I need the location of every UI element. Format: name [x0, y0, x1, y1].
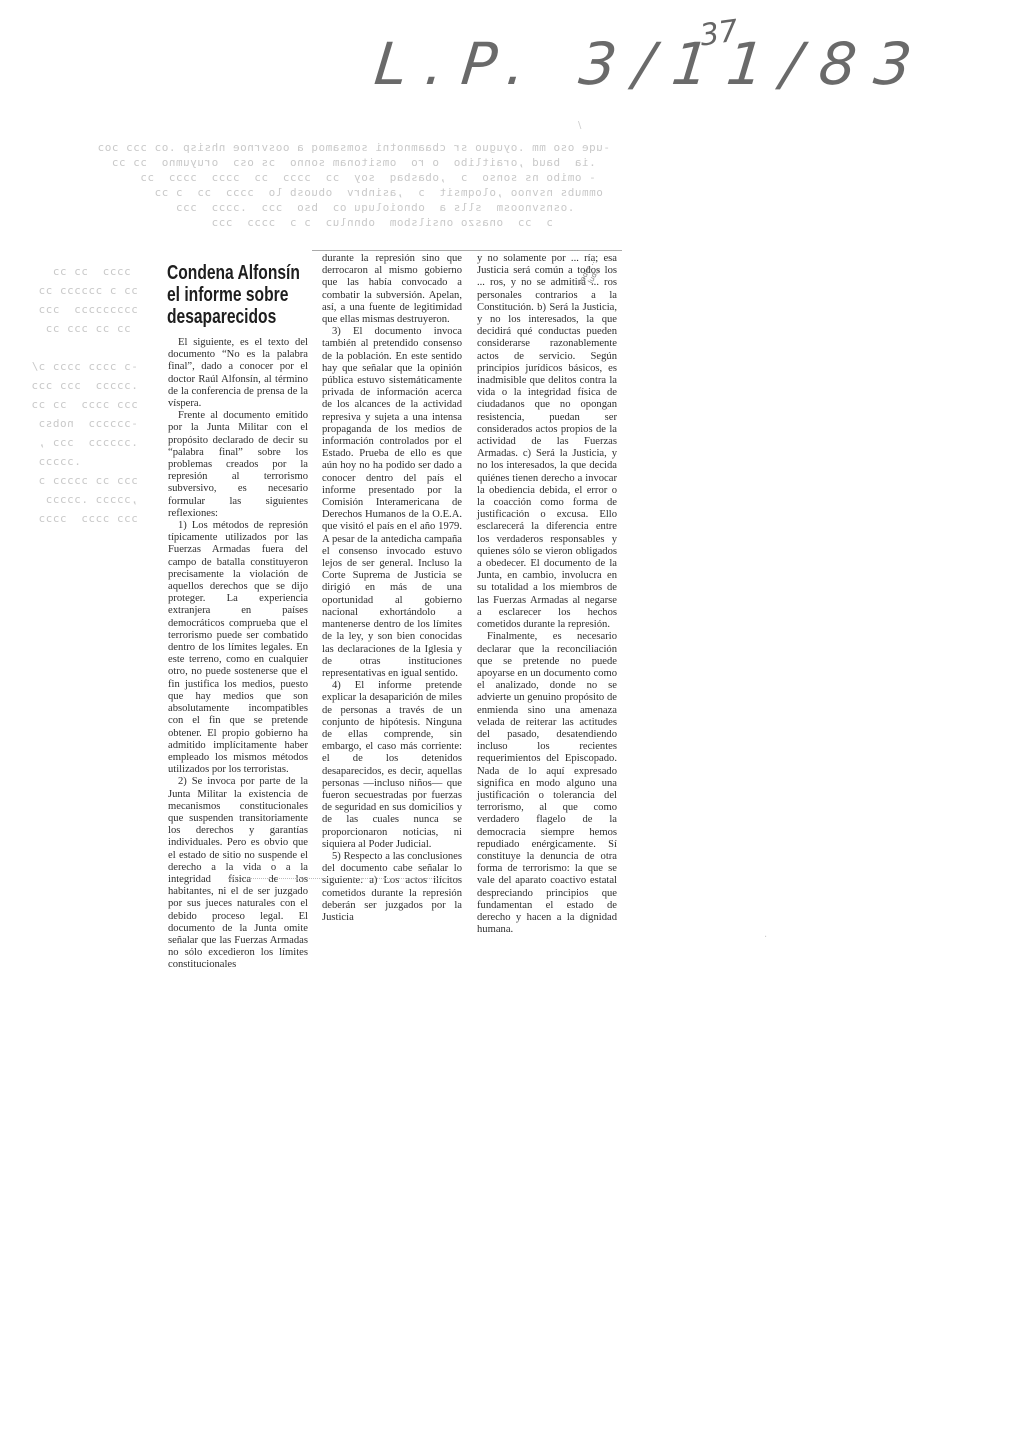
paragraph-point-5: 5) Respecto a las conclusiones del docum… [322, 851, 462, 924]
article-headline: Condena Alfonsín el informe sobre desapa… [167, 262, 276, 328]
clipping-edge [312, 250, 622, 251]
paragraph-point-2: 2) Se invoca por parte de la Junta Milit… [168, 776, 308, 971]
scan-mark: · [764, 932, 767, 943]
scan-mark: \ [578, 120, 581, 131]
handwritten-date-annotation: L.P. 3/11/83 [371, 30, 932, 98]
paragraph-frente: Frente al documento emitido por la Junta… [168, 410, 308, 520]
bleed-through-text-top: -uqe oso mm .oyuguo sr cbaamnotni somsam… [20, 140, 610, 230]
paragraph-point-3: 3) El documento invoca también al preten… [322, 326, 462, 680]
headline-line-3: desaparecidos [167, 306, 276, 328]
paragraph-point-5-continued: y no solamente por ... ría; esa Justicia… [477, 253, 617, 631]
bleed-through-text-left: ɔɔɔɔ ɔɔ ɔɔ ɔɔ ɔ ɔɔɔɔɔɔ ɔɔ ɔɔɔɔɔɔɔɔɔ ɔɔɔ … [10, 262, 145, 528]
headline-line-1: Condena Alfonsín [167, 262, 276, 284]
handwritten-page-number: 37 [698, 14, 741, 54]
article-column-3: y no solamente por ... ría; esa Justicia… [477, 253, 617, 936]
paragraph-point-1: 1) Los métodos de represión típicamente … [168, 520, 308, 776]
article-column-2: durante la represión sino que derrocaron… [322, 253, 462, 924]
paragraph-conclusion: Finalmente, es necesario declarar que la… [477, 631, 617, 936]
article-column-1: El siguiente, es el texto del documento … [168, 337, 308, 972]
headline-line-2: el informe sobre [167, 284, 276, 306]
paragraph-continuation: durante la represión sino que derrocaron… [322, 253, 462, 326]
paragraph-point-4: 4) El informe pretende explicar la desap… [322, 680, 462, 851]
scan-noise-line [228, 878, 458, 880]
paragraph-intro: El siguiente, es el texto del documento … [168, 337, 308, 410]
